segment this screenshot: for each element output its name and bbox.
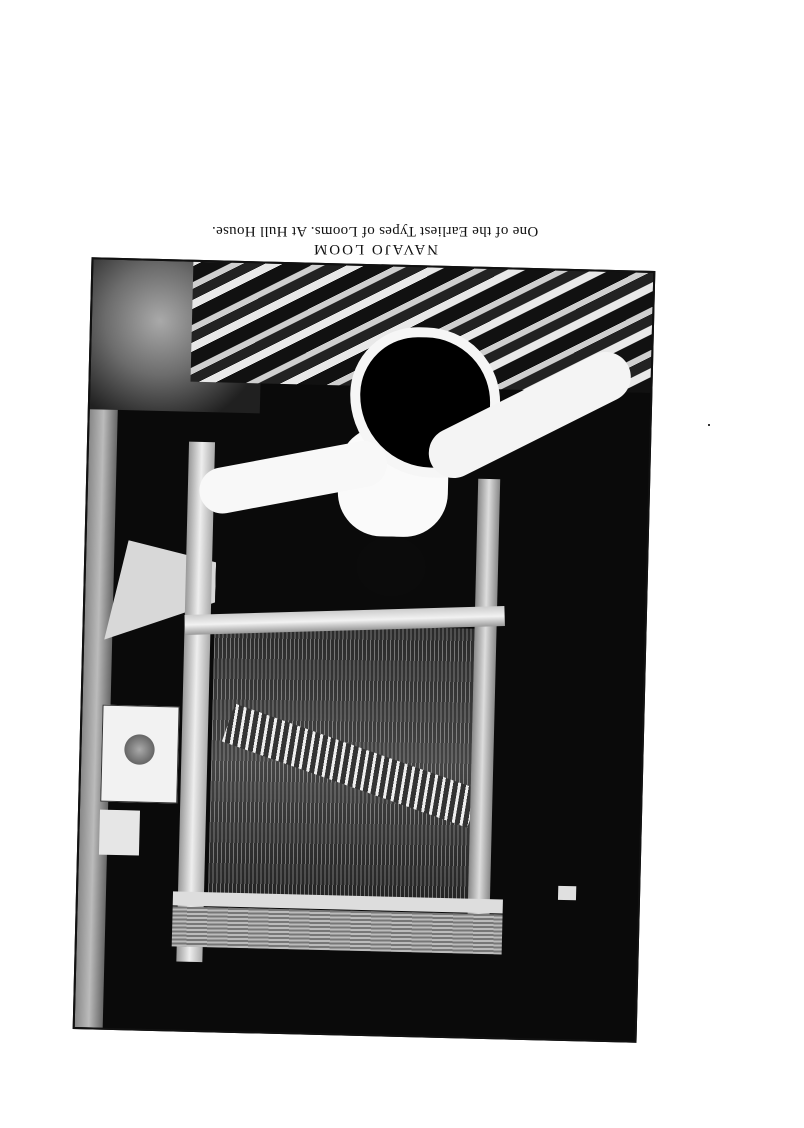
loom-post-right <box>467 479 500 919</box>
caption-title: NAVAJO LOOM <box>160 240 590 258</box>
weaver-head <box>355 536 426 598</box>
caption-subtitle: One of the Earliest Types of Looms. At H… <box>160 222 590 240</box>
portrait-face <box>122 731 157 768</box>
photo-caption: NAVAJO LOOM One of the Earliest Types of… <box>160 222 590 258</box>
small-frame <box>99 810 140 856</box>
light-patch <box>558 886 576 900</box>
scan-speck <box>708 424 710 426</box>
framed-picture <box>100 705 179 804</box>
floor-mat <box>172 906 503 954</box>
navajo-loom-photograph <box>73 257 656 1043</box>
